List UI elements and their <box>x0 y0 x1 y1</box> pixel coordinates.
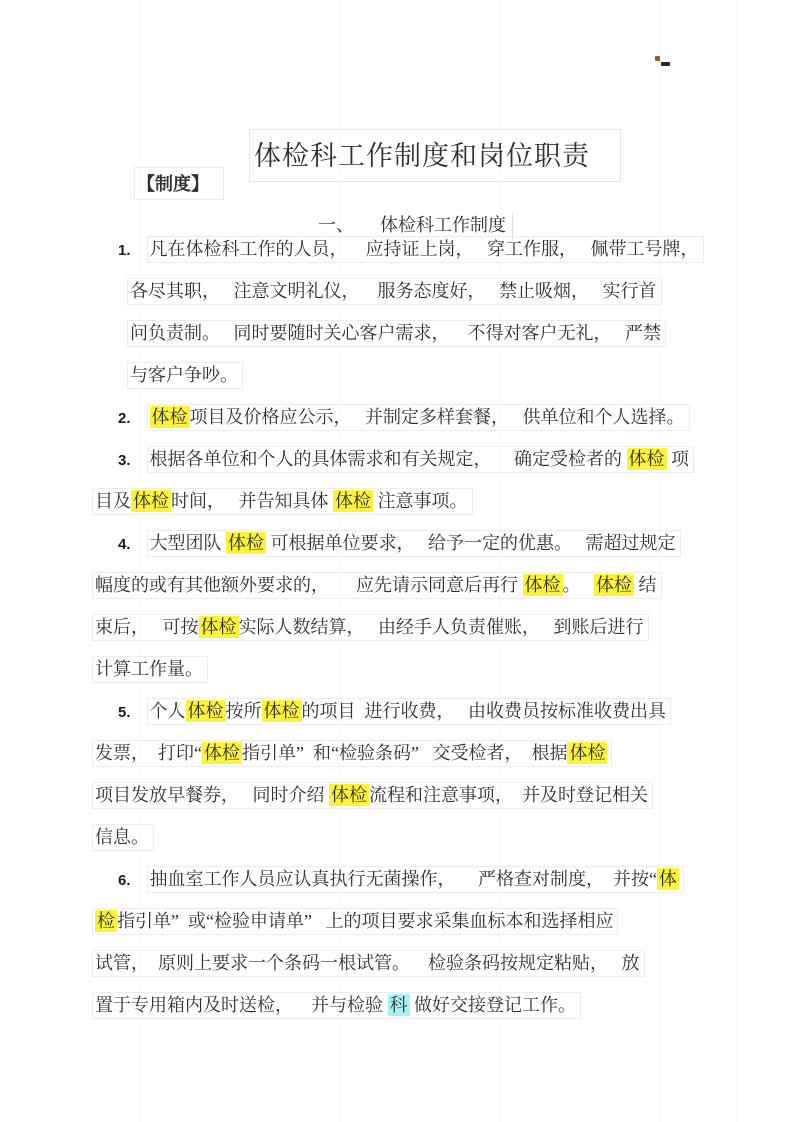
text-run: 检指引单” 或“检验申请单” 上的项目要求采集血标本和选择相应 <box>92 908 618 935</box>
text-run: 项目发放早餐券， 同时介绍 体检流程和注意事项， 并及时登记相关 <box>92 782 653 809</box>
text-line-item5-l1: 5.个人体检按所体检的项目 进行收费， 由收费员按标准收费出具 <box>92 690 752 732</box>
text-line-item4-l3: 束后， 可按体检实际人数结算， 由经手人负责催账， 到账后进行 <box>92 606 752 648</box>
text-segment: 各尽其职， 注意文明礼仪， 服务态度好， 禁止吸烟， 实行首 <box>130 281 657 301</box>
text-line-item5-l2: 发票， 打印“体检指引单” 和“检验条码” 交受检者， 根据体检 <box>92 732 752 774</box>
text-line-item5-l3: 项目发放早餐券， 同时介绍 体检流程和注意事项， 并及时登记相关 <box>92 774 752 816</box>
text-run: 大型团队 体检 可根据单位要求， 给予一定的优惠。 需超过规定 <box>147 530 681 557</box>
text-line-item4-l4: 计算工作量。 <box>92 648 752 690</box>
text-segment: 项目及价格应公示， 并制定多样套餐， 供单位和个人选择。 <box>190 407 685 427</box>
highlighted-text-cyan: 科 <box>388 994 410 1016</box>
text-line-item1-l4: 与客户争吵。 <box>92 354 752 396</box>
list-item-number: 2. <box>118 398 131 440</box>
text-segment: 个人 <box>150 701 186 721</box>
text-line-item6-l1: 6.抽血室工作人员应认真执行无菌操作， 严格查对制度， 并按“体 <box>92 858 752 900</box>
text-run: 计算工作量。 <box>92 656 208 683</box>
text-run: 试管， 原则上要求一个条码一根试管。 检验条码按规定粘贴， 放 <box>92 950 645 977</box>
text-line-item3-l2: 目及体检时间， 并告知具体 体检 注意事项。 <box>92 480 752 522</box>
highlighted-text-yellow: 体检 <box>523 574 563 596</box>
document-page: 体检科工作制度和岗位职责 【制度】 一、体检科工作制度 1.凡在体检科工作的人员… <box>0 0 792 1122</box>
text-run: 发票， 打印“体检指引单” 和“检验条码” 交受检者， 根据体检 <box>92 740 612 767</box>
page-title-text: 体检科工作制度和岗位职责 <box>249 129 621 182</box>
text-segment: 时间， 并告知具体 <box>171 491 333 511</box>
text-line-item4-l2: 幅度的或有其他额外要求的， 应先请示同意后再行 体检。 体检 结 <box>92 564 752 606</box>
text-line-item5-l4: 信息。 <box>92 816 752 858</box>
ink-dash <box>661 62 670 66</box>
list-item-number: 1. <box>118 230 131 272</box>
text-segment: 与客户争吵。 <box>130 365 238 385</box>
text-segment: 计算工作量。 <box>95 659 203 679</box>
text-segment: 按所 <box>226 701 262 721</box>
text-run: 幅度的或有其他额外要求的， 应先请示同意后再行 体检。 体检 结 <box>92 572 662 599</box>
text-segment: 发票， 打印“ <box>95 743 202 763</box>
text-run: 束后， 可按体检实际人数结算， 由经手人负责催账， 到账后进行 <box>92 614 649 641</box>
text-line-item2-l1: 2.体检项目及价格应公示， 并制定多样套餐， 供单位和个人选择。 <box>92 396 752 438</box>
text-line-item6-l3: 试管， 原则上要求一个条码一根试管。 检验条码按规定粘贴， 放 <box>92 942 752 984</box>
highlighted-text-yellow: 体检 <box>627 448 667 470</box>
list-item-number: 5. <box>118 692 131 734</box>
text-segment: 指引单” 或“检验申请单” 上的项目要求采集血标本和选择相应 <box>117 911 613 931</box>
text-run: 问负责制。 同时要随时关心客户需求， 不得对客户无礼， 严禁 <box>127 320 666 347</box>
text-segment: 问负责制。 同时要随时关心客户需求， 不得对客户无礼， 严禁 <box>130 323 661 343</box>
text-line-item4-l1: 4.大型团队 体检 可根据单位要求， 给予一定的优惠。 需超过规定 <box>92 522 752 564</box>
highlighted-text-yellow: 体检 <box>594 574 634 596</box>
section-tag: 【制度】 <box>116 146 224 221</box>
text-line-item6-l2: 检指引单” 或“检验申请单” 上的项目要求采集血标本和选择相应 <box>92 900 752 942</box>
text-segment: 置于专用箱内及时送检， 并与检验 <box>95 995 388 1015</box>
text-segment: 抽血室工作人员应认真执行无菌操作， 严格查对制度， 并按“ <box>150 869 658 889</box>
document-body: 1.凡在体检科工作的人员， 应持证上岗， 穿工作服， 佩带工号牌，各尽其职， 注… <box>92 228 752 1026</box>
text-segment: 幅度的或有其他额外要求的， 应先请示同意后再行 <box>95 575 523 595</box>
text-segment: 根据各单位和个人的具体需求和有关规定， 确定受检者的 <box>150 449 627 469</box>
text-run: 置于专用箱内及时送检， 并与检验 科 做好交接登记工作。 <box>92 992 581 1019</box>
text-line-item1-l3: 问负责制。 同时要随时关心客户需求， 不得对客户无礼， 严禁 <box>92 312 752 354</box>
list-item-number: 4. <box>118 524 131 566</box>
text-line-item3-l1: 3.根据各单位和个人的具体需求和有关规定， 确定受检者的 体检 项 <box>92 438 752 480</box>
highlighted-text-yellow: 检 <box>95 910 117 932</box>
text-segment: 注意事项。 <box>373 491 468 511</box>
highlighted-text-yellow: 体检 <box>329 784 369 806</box>
text-run: 与客户争吵。 <box>127 362 243 389</box>
list-item-number: 3. <box>118 440 131 482</box>
text-segment: 流程和注意事项， 并及时登记相关 <box>369 785 648 805</box>
text-segment: 的项目 进行收费， 由收费员按标准收费出具 <box>302 701 667 721</box>
text-line-item6-l4: 置于专用箱内及时送检， 并与检验 科 做好交接登记工作。 <box>92 984 752 1026</box>
highlighted-text-yellow: 体检 <box>333 490 373 512</box>
highlighted-text-yellow: 体检 <box>262 700 302 722</box>
text-segment: 试管， 原则上要求一个条码一根试管。 检验条码按规定粘贴， 放 <box>95 953 640 973</box>
highlighted-text-yellow: 体检 <box>202 742 242 764</box>
highlighted-text-yellow: 体 <box>657 868 679 890</box>
text-line-item1-l1: 1.凡在体检科工作的人员， 应持证上岗， 穿工作服， 佩带工号牌， <box>92 228 752 270</box>
text-run: 抽血室工作人员应认真执行无菌操作， 严格查对制度， 并按“体 <box>147 866 685 893</box>
text-segment: 项目发放早餐券， 同时介绍 <box>95 785 329 805</box>
highlighted-text-yellow: 体检 <box>199 616 239 638</box>
highlighted-text-yellow: 体检 <box>150 406 190 428</box>
text-run: 个人体检按所体检的项目 进行收费， 由收费员按标准收费出具 <box>147 698 672 725</box>
text-run: 信息。 <box>92 824 154 851</box>
highlighted-text-yellow: 体检 <box>186 700 226 722</box>
text-run: 体检项目及价格应公示， 并制定多样套餐， 供单位和个人选择。 <box>147 404 690 431</box>
list-item-number: 6. <box>118 860 131 902</box>
text-segment: 可根据单位要求， 给予一定的优惠。 需超过规定 <box>266 533 676 553</box>
text-segment: 。 <box>563 575 595 595</box>
section-tag-text: 【制度】 <box>134 167 224 200</box>
text-segment: 实际人数结算， 由经手人负责催账， 到账后进行 <box>239 617 644 637</box>
text-segment: 结 <box>634 575 657 595</box>
text-run: 凡在体检科工作的人员， 应持证上岗， 穿工作服， 佩带工号牌， <box>147 236 704 263</box>
text-segment: 束后， 可按 <box>95 617 199 637</box>
ink-dot <box>655 56 660 61</box>
text-segment: 凡在体检科工作的人员， 应持证上岗， 穿工作服， 佩带工号牌， <box>150 239 699 259</box>
text-run: 各尽其职， 注意文明礼仪， 服务态度好， 禁止吸烟， 实行首 <box>127 278 662 305</box>
text-line-item1-l2: 各尽其职， 注意文明礼仪， 服务态度好， 禁止吸烟， 实行首 <box>92 270 752 312</box>
text-segment: 做好交接登记工作。 <box>410 995 577 1015</box>
highlighted-text-yellow: 体检 <box>226 532 266 554</box>
highlighted-text-yellow: 体检 <box>567 742 607 764</box>
text-segment: 信息。 <box>95 827 149 847</box>
highlighted-text-yellow: 体检 <box>131 490 171 512</box>
text-segment: 大型团队 <box>150 533 227 553</box>
text-segment: 目及 <box>95 491 131 511</box>
text-run: 目及体检时间， 并告知具体 体检 注意事项。 <box>92 488 473 515</box>
stray-ink-mark <box>655 56 675 70</box>
text-segment: 项 <box>667 449 690 469</box>
text-run: 根据各单位和个人的具体需求和有关规定， 确定受检者的 体检 项 <box>147 446 695 473</box>
text-segment: 指引单” 和“检验条码” 交受检者， 根据 <box>242 743 567 763</box>
